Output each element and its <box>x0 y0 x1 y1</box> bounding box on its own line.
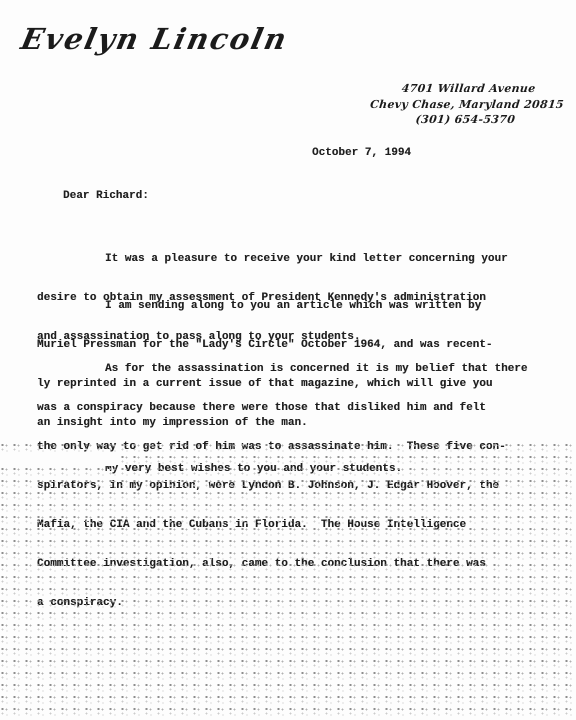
letter-line: I am sending along to you an article whi… <box>37 300 549 313</box>
address-city-state-zip: Chevy Chase, Maryland 20815 <box>362 97 572 113</box>
letter-date: October 7, 1994 <box>312 147 411 160</box>
halftone-white-notch <box>0 452 116 466</box>
letterhead-name: Evelyn Lincoln <box>18 22 291 56</box>
letter-page: Evelyn Lincoln 4701 Willard Avenue Chevy… <box>0 0 576 720</box>
address-phone: (301) 654-5370 <box>361 112 571 128</box>
letterhead-address: 4701 Willard Avenue Chevy Chase, Marylan… <box>361 81 574 128</box>
letter-line: It was a pleasure to receive your kind l… <box>37 253 549 266</box>
letter-line: As for the assassination is concerned it… <box>37 363 549 376</box>
letter-salutation: Dear Richard: <box>63 190 149 203</box>
halftone-scan-texture <box>0 442 576 720</box>
address-street: 4701 Willard Avenue <box>364 81 574 97</box>
letter-line: was a conspiracy because there were thos… <box>37 402 549 415</box>
